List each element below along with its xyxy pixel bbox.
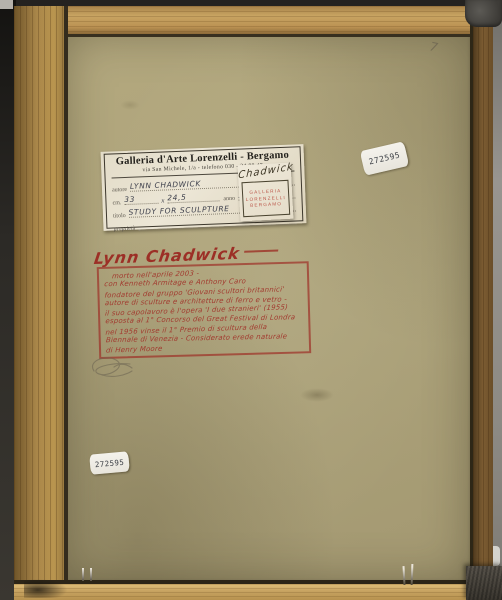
frame-rail-right	[470, 0, 493, 600]
photo-corner-highlight	[0, 0, 13, 9]
signature-stamp-label: Chadwick GALLERIA LORENZELLI BERGAMO	[238, 163, 294, 222]
frame-corner-shadow	[24, 578, 70, 598]
titolo-field-label: titolo	[113, 213, 129, 220]
pencil-signature-flourish	[84, 352, 146, 382]
width-handwritten-value: 33	[124, 194, 158, 205]
chadwick-signature: Chadwick	[236, 161, 296, 182]
stamp-line-bergamo: BERGAMO	[244, 201, 289, 209]
felt-patch-top-right	[465, 0, 502, 27]
inscription-box: morto nell'aprile 2003 - con Kenneth Arm…	[97, 261, 311, 359]
autore-field-label: autore	[112, 187, 130, 194]
inventory-sticker-left: 272595	[89, 451, 130, 474]
anno-field-label: anno	[219, 196, 238, 203]
dimension-separator: x	[158, 196, 167, 204]
frame-rail-top	[14, 6, 490, 37]
framed-artwork-back-photo: Galleria d'Arte Lorenzelli - Bergamo via…	[0, 0, 502, 600]
height-handwritten-value: 24,5	[167, 191, 219, 203]
gallery-stamp-box: GALLERIA LORENZELLI BERGAMO	[241, 180, 290, 217]
frame-rail-left	[14, 6, 68, 600]
frame-rail-bottom	[14, 580, 490, 600]
proprieta-field-label: proprietà	[113, 226, 138, 233]
staple	[82, 568, 92, 581]
cm-field-label: cm.	[112, 200, 124, 206]
backing-smudge	[120, 100, 140, 110]
metal-corner-block	[466, 566, 502, 600]
backing-smudge	[300, 388, 334, 402]
